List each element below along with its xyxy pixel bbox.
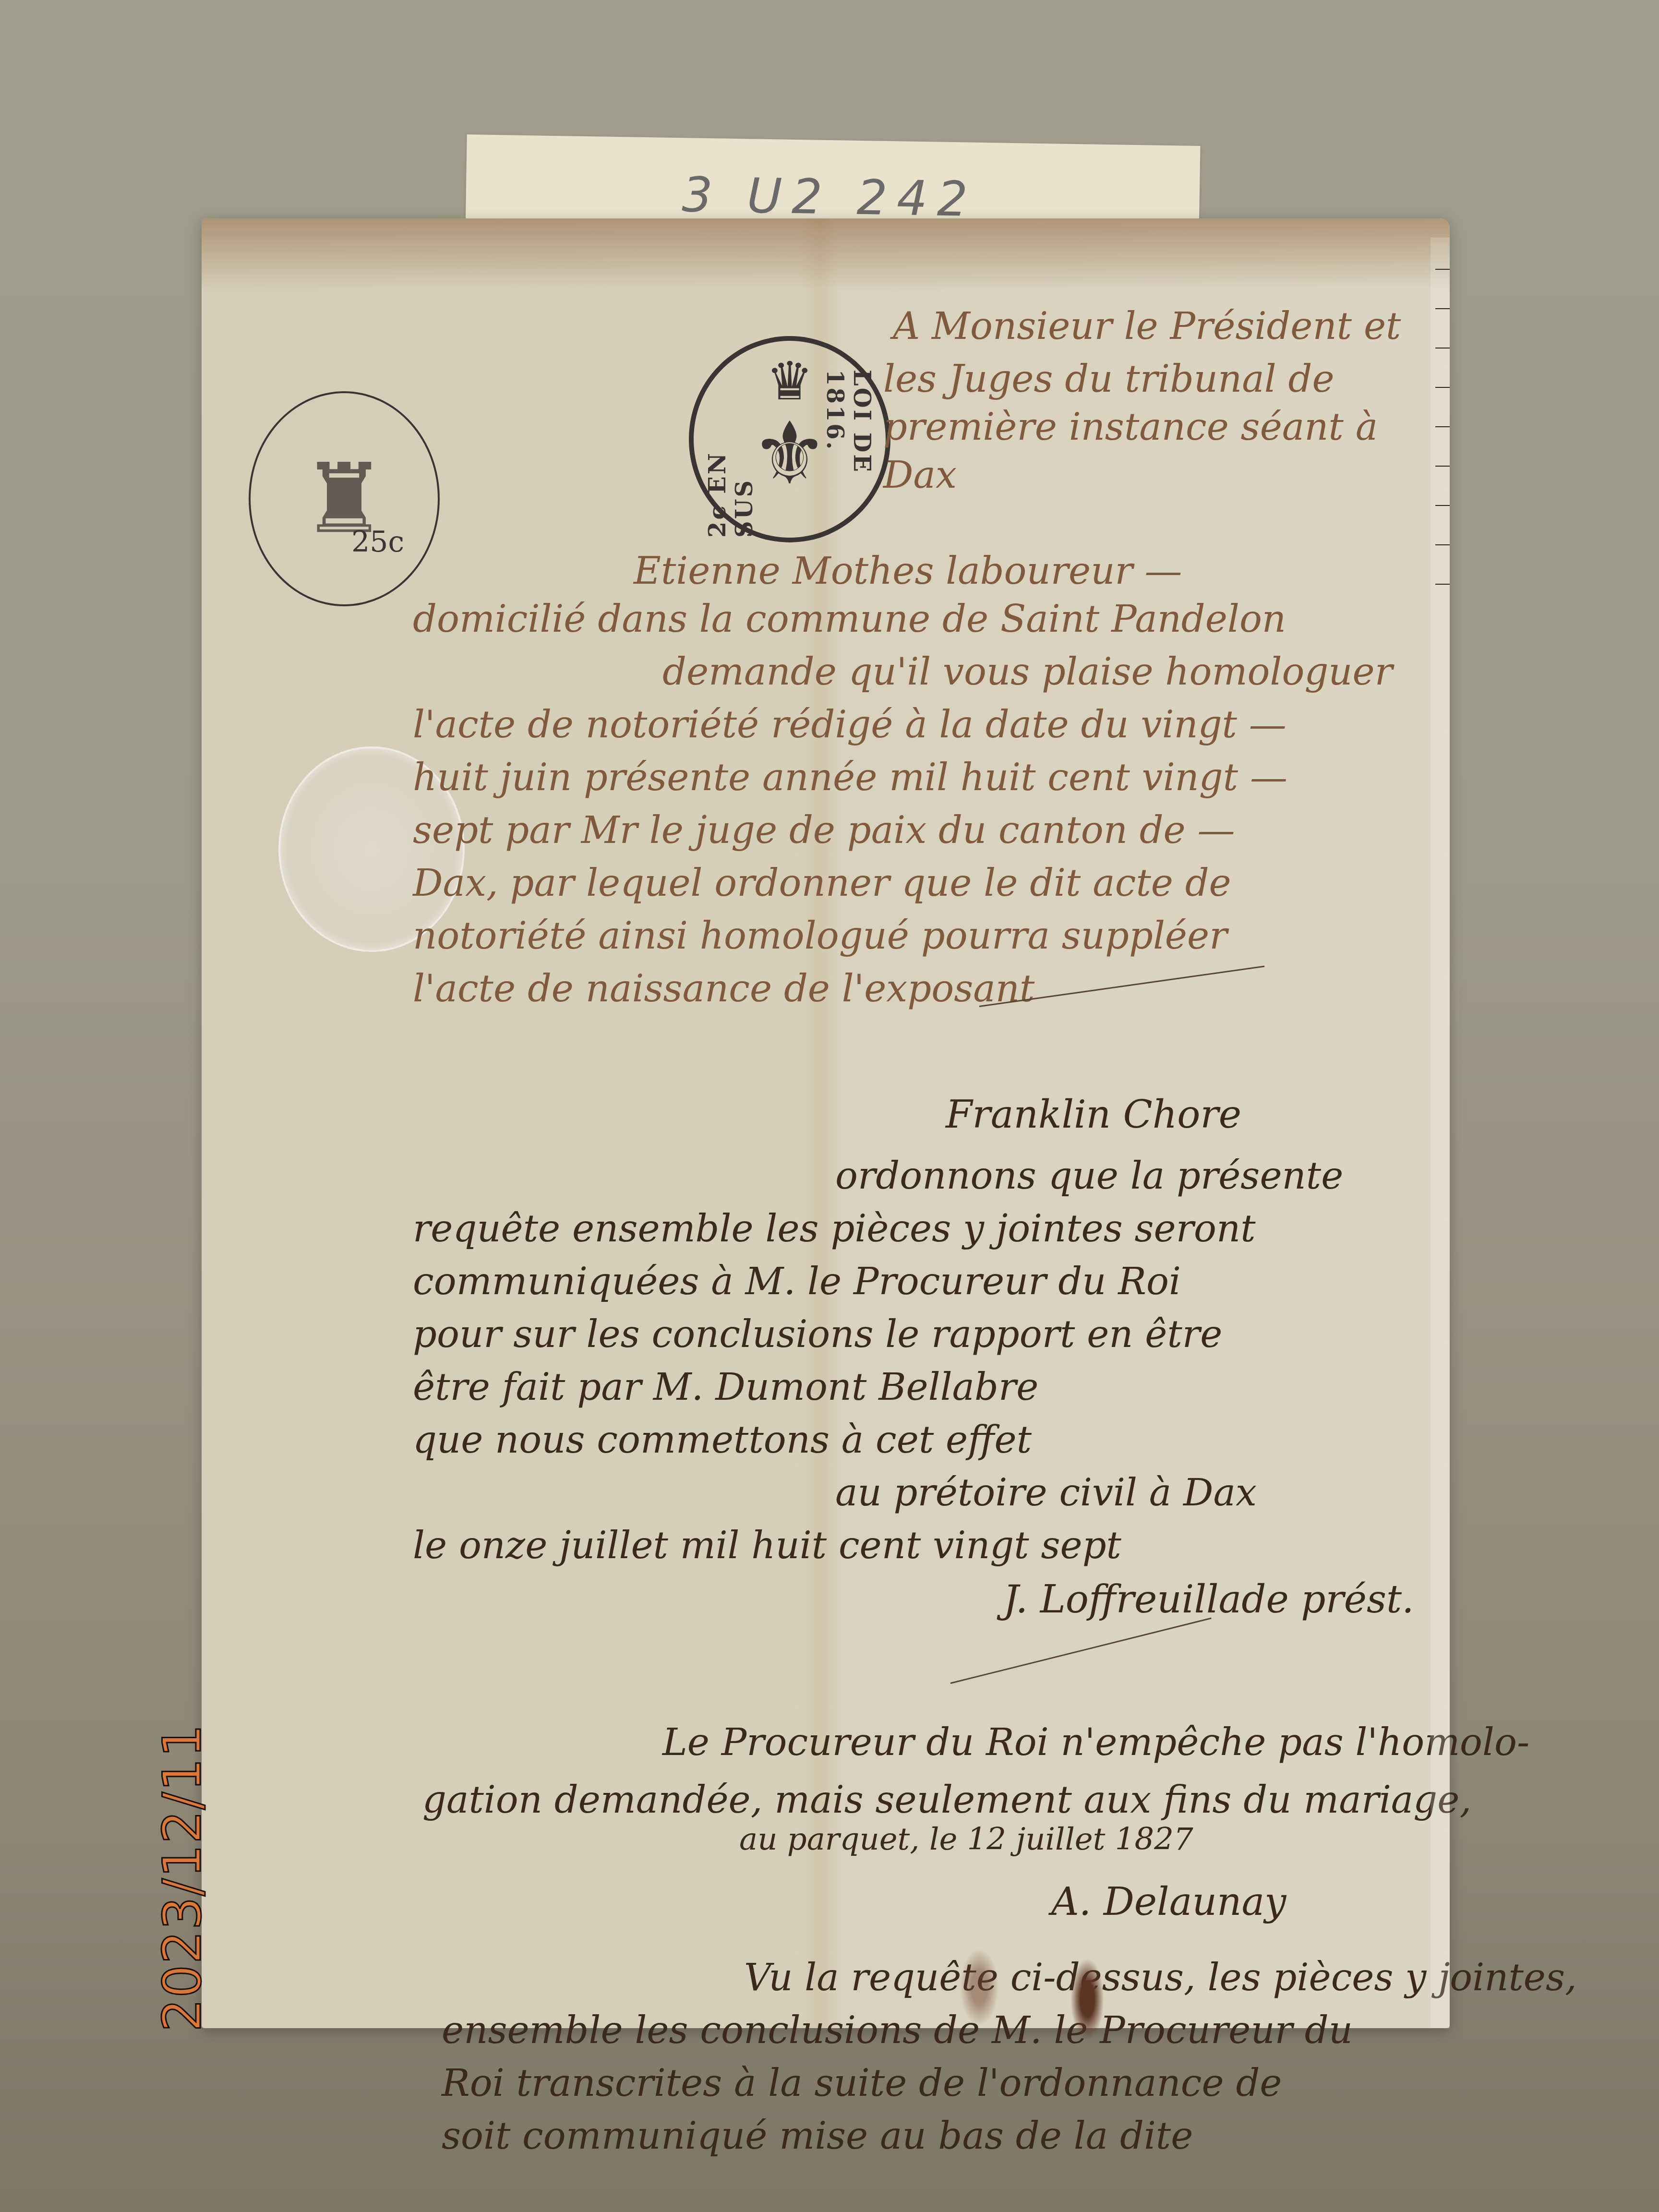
order-line: requête ensemble les pièces y jointes se… bbox=[413, 1207, 1256, 1250]
order-line: pour sur les conclusions le rapport en ê… bbox=[413, 1313, 1222, 1356]
order-line: communiquées à M. le Procureur du Roi bbox=[413, 1260, 1181, 1303]
address-line: les Juges du tribunal de bbox=[883, 358, 1334, 401]
order-line: ordonnons que la présente bbox=[835, 1154, 1343, 1198]
request-line: l'acte de naissance de l'exposant bbox=[413, 967, 1034, 1010]
final-line: soit communiqué mise au bas de la dite bbox=[442, 2115, 1193, 2158]
order-place: au prétoire civil à Dax bbox=[835, 1471, 1257, 1515]
document-sheet: ♜ 25c ♛ ⚜ 2c EN SUS LOI DE 1816. A Monsi… bbox=[202, 218, 1450, 2028]
royal-stamp-right-text: LOI DE 1816. bbox=[821, 370, 875, 538]
request-line: Dax, par lequel ordonner que le dit acte… bbox=[413, 862, 1231, 905]
tax-stamp-value: 25c bbox=[351, 525, 404, 559]
address-line: A Monsieur le Président et bbox=[893, 305, 1401, 348]
order-line: que nous commettons à cet effet bbox=[413, 1419, 1032, 1462]
address-line: Dax bbox=[883, 454, 957, 497]
final-line: Vu la requête ci-dessus, les pièces y jo… bbox=[744, 1956, 1577, 1999]
request-line: sept par Mr le juge de paix du canton de… bbox=[413, 809, 1235, 852]
prosecutor-signature: A. Delaunay bbox=[1051, 1879, 1286, 1924]
prosecutor-note-line: Le Procureur du Roi n'empêche pas l'homo… bbox=[662, 1721, 1529, 1764]
tax-stamp: ♜ 25c bbox=[249, 391, 440, 606]
address-line: première instance séant à bbox=[883, 406, 1378, 449]
fleur-de-lis-icon: ⚜ bbox=[751, 404, 828, 504]
request-line: Etienne Mothes laboureur — bbox=[634, 550, 1182, 593]
royal-stamp: ♛ ⚜ 2c EN SUS LOI DE 1816. bbox=[689, 336, 890, 542]
judge-signature: J. Loffreuillade prést. bbox=[1003, 1577, 1414, 1622]
request-line: huit juin présente année mil huit cent v… bbox=[413, 756, 1287, 799]
request-line: domicilié dans la commune de Saint Pande… bbox=[413, 598, 1286, 641]
order-line: être fait par M. Dumont Bellabre bbox=[413, 1366, 1039, 1409]
request-line: notoriété ainsi homologué pourra supplée… bbox=[413, 914, 1227, 958]
crown-icon: ♛ bbox=[766, 350, 814, 412]
prosecutor-note-line: gation demandée, mais seulement aux fins… bbox=[422, 1779, 1471, 1822]
ink-stain bbox=[1070, 1959, 1104, 2040]
requester-signature: Franklin Chore bbox=[946, 1092, 1241, 1137]
order-date: le onze juillet mil huit cent vingt sept bbox=[413, 1524, 1121, 1567]
request-line: l'acte de notoriété rédigé à la date du … bbox=[413, 703, 1286, 746]
page-edge-marks bbox=[1435, 269, 1450, 701]
prosecutor-note-line: au parquet, le 12 juillet 1827 bbox=[739, 1822, 1193, 1857]
ink-stain bbox=[960, 1949, 998, 2026]
final-line: ensemble les conclusions de M. le Procur… bbox=[442, 2009, 1353, 2052]
photo-timestamp: 2023/12/11 bbox=[153, 1723, 213, 2032]
request-line: demande qu'il vous plaise homologuer bbox=[662, 650, 1393, 694]
final-line: Roi transcrites à la suite de l'ordonnan… bbox=[442, 2062, 1282, 2105]
flourish bbox=[950, 1618, 1212, 1684]
royal-stamp-left-text: 2c EN SUS bbox=[704, 394, 758, 538]
